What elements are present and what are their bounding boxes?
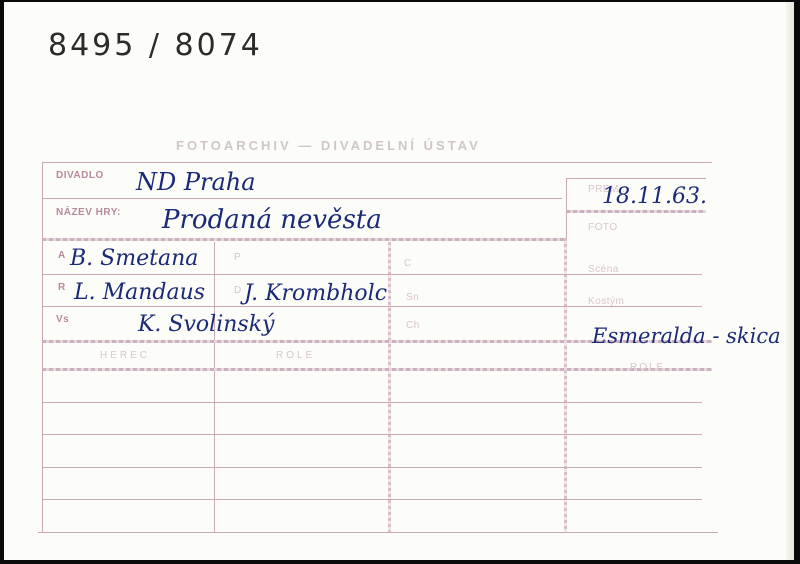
herec-header: HEREC (100, 350, 150, 361)
c-label: C (404, 258, 412, 269)
frame-bottom (38, 532, 718, 533)
frame-left (42, 162, 43, 532)
cast-row-line (42, 467, 702, 468)
vyprava-value: K. Svolinský (138, 312, 274, 337)
rezie-value: L. Mandaus (74, 280, 205, 305)
divadlo-label: DIVADLO (56, 170, 104, 181)
autor-label: A (58, 250, 66, 261)
nazev-hry-label: NÁZEV HRY: (56, 207, 121, 218)
archive-number: 8495 / 8074 (48, 28, 263, 63)
rezie-label: R (58, 282, 66, 293)
note-value: Esmeralda - skica (592, 324, 781, 348)
premiere-box-bottom (566, 210, 706, 213)
divider-thick (42, 238, 567, 241)
autor-value: B. Smetana (70, 246, 198, 271)
frame-top (42, 162, 712, 163)
divider (42, 198, 562, 199)
ch-label: Ch (406, 320, 420, 331)
preklad-label: P (234, 252, 241, 263)
dirigent-label: D (234, 285, 242, 296)
role-header: ROLE (276, 350, 315, 361)
credits-col-2 (388, 242, 391, 532)
archive-card: 8495 / 8074 FOTOARCHIV — DIVADELNÍ ÚSTAV… (4, 2, 794, 560)
premiera-value: 18.11.63. (602, 184, 707, 209)
premiere-box-top (566, 178, 706, 179)
premiere-box-left (566, 178, 567, 238)
kostym-label: Kostým (588, 296, 624, 307)
vyprava-label: Vs (56, 314, 69, 325)
scena-label: Scéna (588, 264, 619, 275)
nazev-hry-value: Prodaná nevěsta (162, 205, 382, 235)
role-header-right: ROLE (630, 362, 665, 373)
sn-label: Sn (406, 292, 419, 303)
divadlo-value: ND Praha (136, 168, 256, 196)
dirigent-value: J. Krombholc (244, 281, 387, 306)
cast-row-line (42, 434, 702, 435)
credits-col-3 (564, 238, 567, 532)
cast-row-line (42, 499, 702, 500)
foto-label: FOTO (588, 222, 618, 233)
row-line (42, 368, 712, 371)
stamp-header: FOTOARCHIV — DIVADELNÍ ÚSTAV (176, 138, 481, 153)
credits-col-1 (214, 242, 215, 532)
cast-row-line (42, 402, 702, 403)
